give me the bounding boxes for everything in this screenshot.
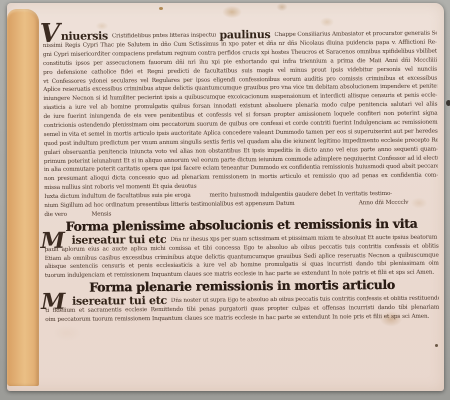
main-text-block: nissimi Regis Cypri Thac pie Salutem in … xyxy=(43,39,439,220)
drop-cap-m: M xyxy=(41,291,66,313)
opening-small-text-1: Cristifidelibus pntes litteras inspectur… xyxy=(112,32,216,41)
opening-small-text-2: Chappe Consiliarius Ambasiator et procur… xyxy=(274,31,436,40)
display-word-misereatur: isereatur tui etc xyxy=(72,295,167,307)
binding-edge-strip xyxy=(7,9,39,386)
display-word-misereatur: isereatur tui etc xyxy=(72,234,167,246)
ink-speck xyxy=(446,100,450,106)
forma-vita-paragraph: M isereatur tui etc Dñs nr ihesus xps pe… xyxy=(45,230,439,281)
photograph-background: { "document": { "kind": "printed letter … xyxy=(0,0,450,400)
display-word-paulinus: paulinus xyxy=(219,29,270,40)
forma-mortis-paragraph: M isereatur tui etc Dñs noster ut supra … xyxy=(45,292,439,325)
stain-speck xyxy=(435,344,438,347)
drop-cap-v: V xyxy=(40,21,60,47)
parchment-sheet: V niuersis Cristifidelibus pntes littera… xyxy=(7,3,444,391)
display-word-universis: niuersis xyxy=(61,30,108,41)
stain-speck xyxy=(159,7,163,10)
indulgence-text: V niuersis Cristifidelibus pntes littera… xyxy=(43,23,440,325)
opening-line: V niuersis Cristifidelibus pntes littera… xyxy=(43,23,437,42)
drop-cap-m: M xyxy=(40,230,65,252)
